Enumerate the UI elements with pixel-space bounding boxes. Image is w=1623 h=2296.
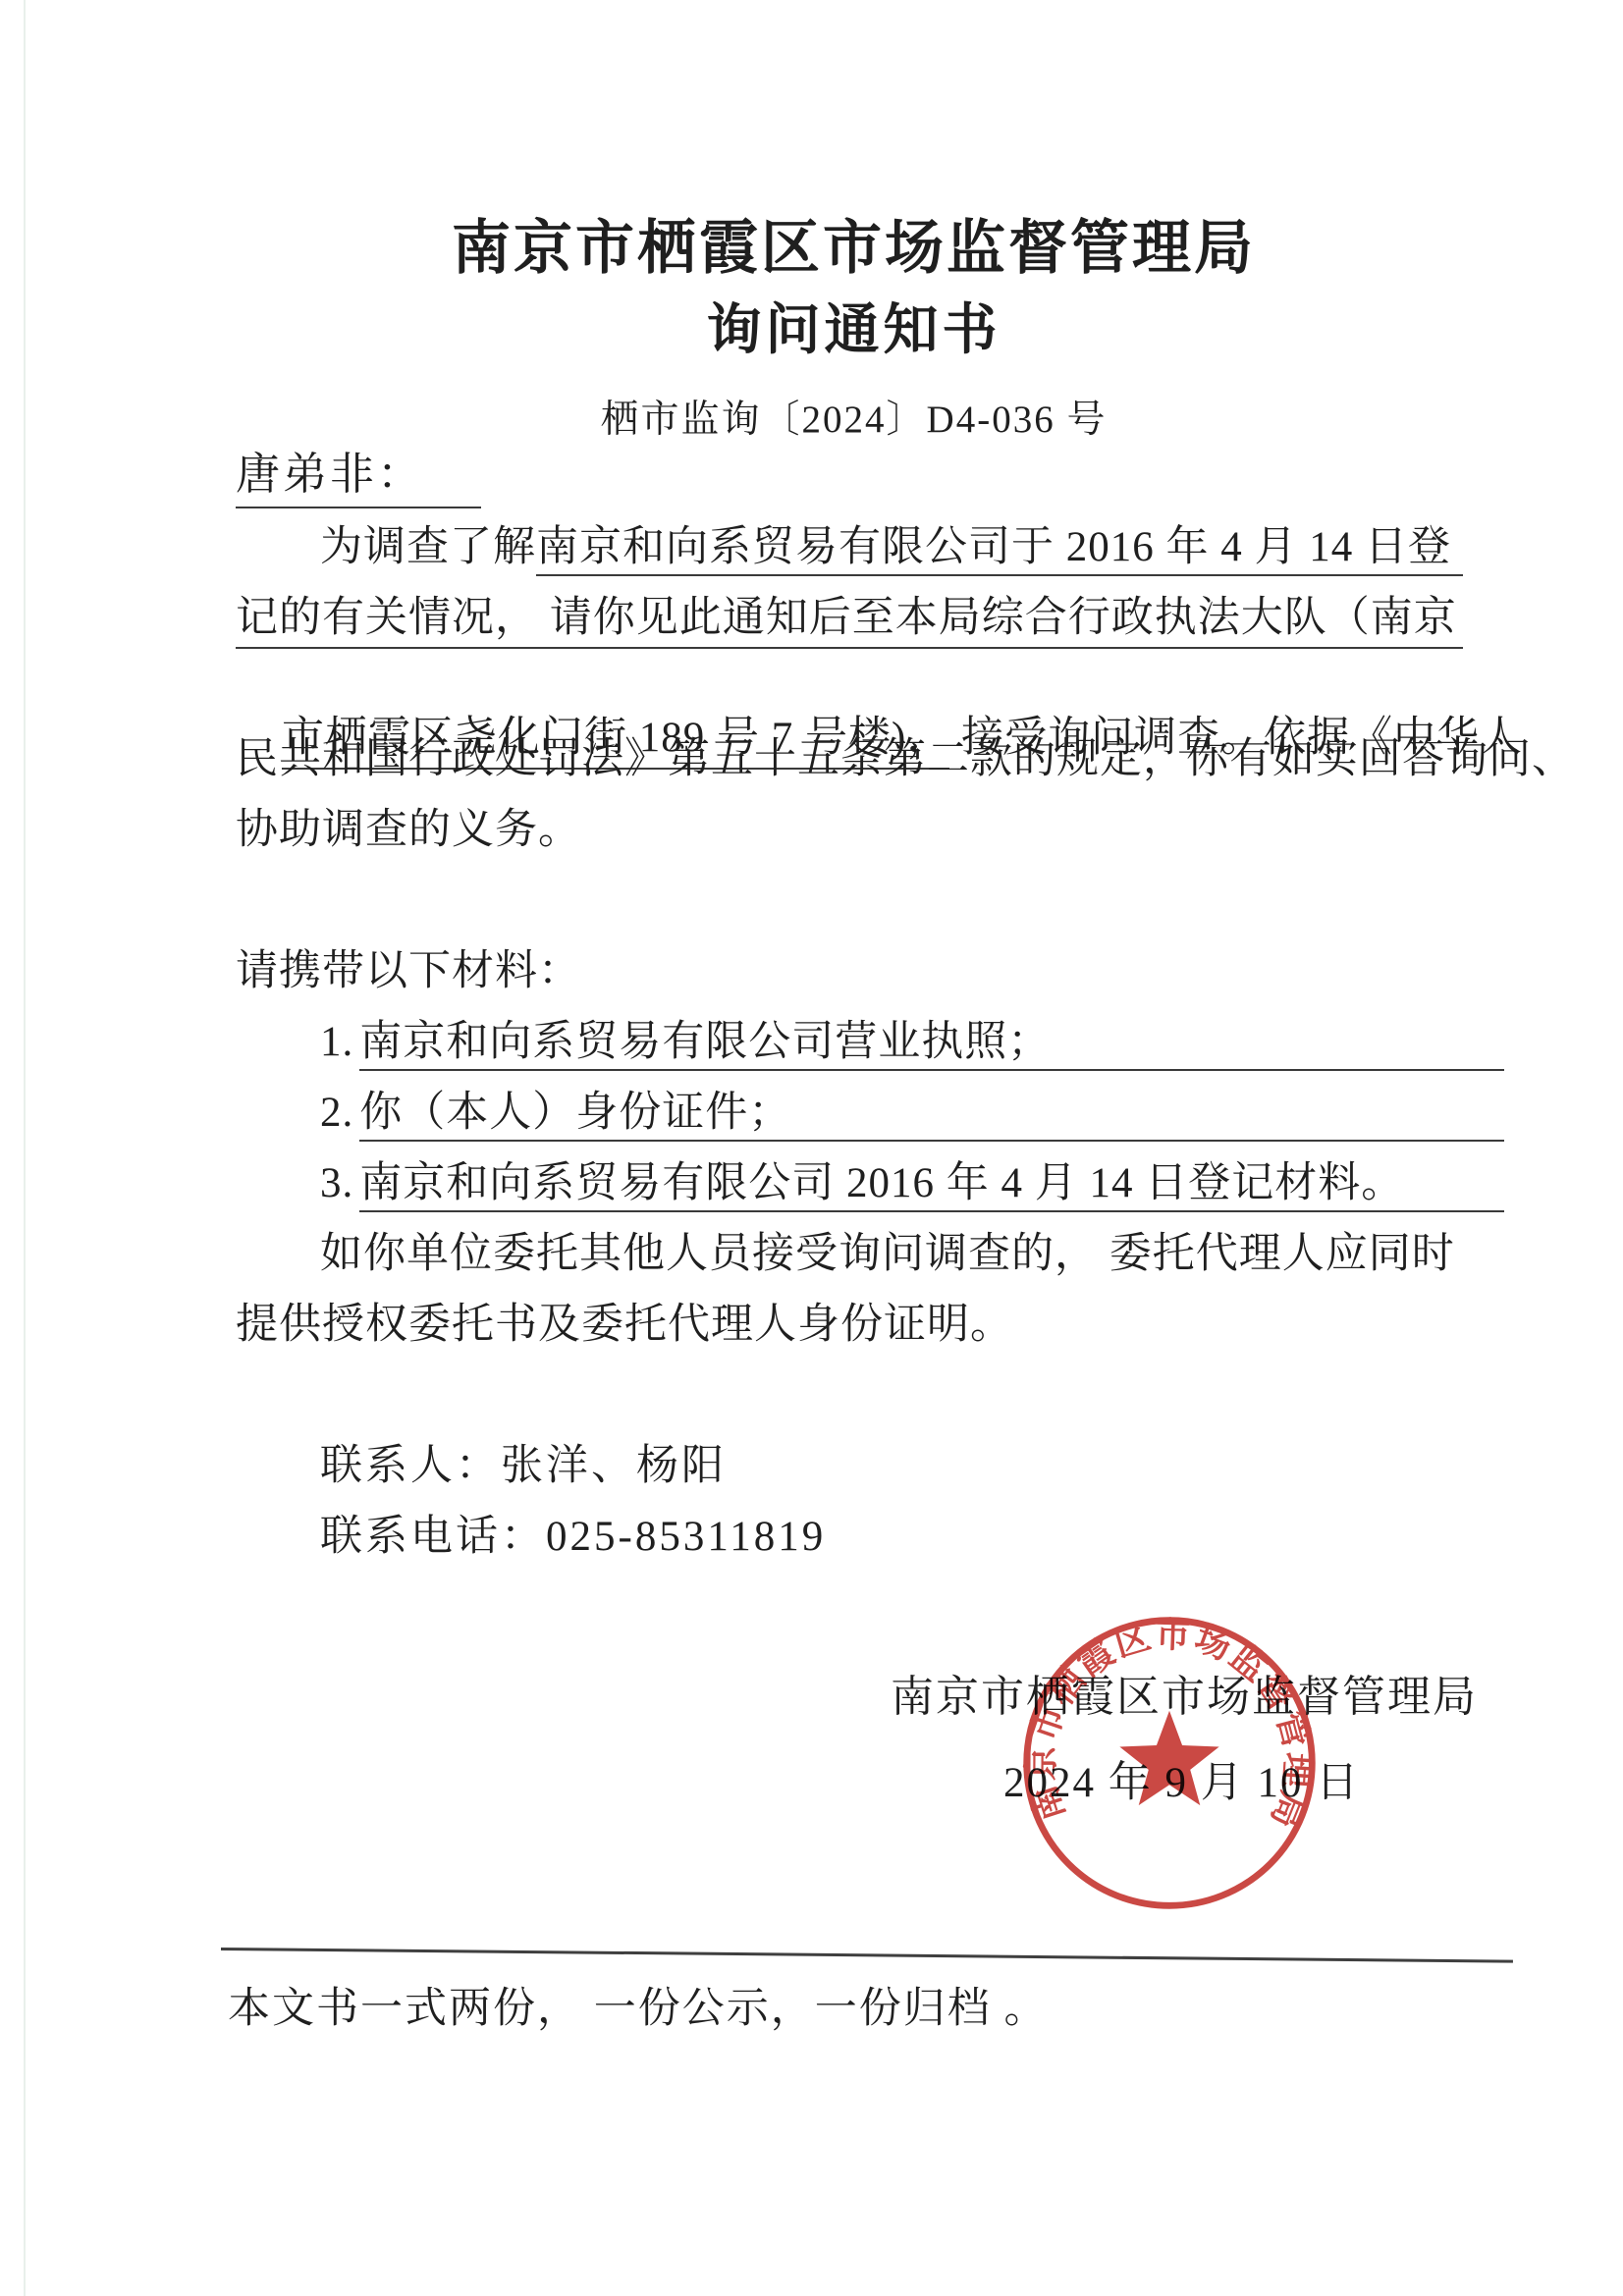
paragraph1-line1: 为调查了解南京和向系贸易有限公司于 2016 年 4 月 14 日登 <box>320 523 1463 576</box>
list-item-number: 1. <box>320 1018 353 1071</box>
official-seal-stamp: 南京市栖霞区市场监督管理局 <box>1001 1593 1306 1897</box>
list-item-text: 南京和向系贸易有限公司 2016 年 4 月 14 日登记材料。 <box>359 1159 1504 1212</box>
paragraph1-line5: 协助调查的义务。 <box>236 806 581 855</box>
footer-divider <box>221 1948 1513 1963</box>
paragraph1-line1-underlined: 南京和向系贸易有限公司于 2016 年 4 月 14 日登 <box>536 523 1463 576</box>
document-title-line1: 南京市栖霞区市场监督管理局 <box>0 201 1623 286</box>
addressee-name: 唐弟非： <box>236 450 481 508</box>
paragraph1-line2: 记的有关情况， 请你见此通知后至本局综合行政执法大队（南京 <box>236 594 1463 649</box>
paragraph2-line1: 如你单位委托其他人员接受询问调查的， 委托代理人应同时 <box>320 1230 1455 1279</box>
list-item: 1.南京和向系贸易有限公司营业执照； <box>320 1018 1504 1071</box>
document-number: 栖市监询〔2024〕D4-036 号 <box>0 389 1623 444</box>
document-title-line2: 询问通知书 <box>0 287 1623 365</box>
list-item-text: 南京和向系贸易有限公司营业执照； <box>359 1018 1504 1071</box>
issue-date: 2024 年 9 月 10 日 <box>1003 1749 1360 1809</box>
paragraph1-line1-plain: 为调查了解 <box>320 523 536 576</box>
addressee-line: 唐弟非： <box>236 450 481 508</box>
materials-heading: 请携带以下材料： <box>236 947 581 996</box>
issuer-name: 南京市栖霞区市场监督管理局 <box>0 1661 1478 1724</box>
list-item-number: 2. <box>320 1089 353 1142</box>
document-page: 南京市栖霞区市场监督管理局 询问通知书 栖市监询〔2024〕D4-036 号 唐… <box>0 0 1623 2296</box>
list-item: 3.南京和向系贸易有限公司 2016 年 4 月 14 日登记材料。 <box>320 1159 1504 1212</box>
contact-person: 联系人：张洋、杨阳 <box>320 1442 727 1491</box>
paragraph1-line4: 民共和国行政处罚法》第五十五条第二款的规定，你有如实回答询问、 <box>236 735 1575 784</box>
contact-phone: 联系电话：025-85311819 <box>320 1513 826 1562</box>
paragraph2-line2: 提供授权委托书及委托代理人身份证明。 <box>236 1301 1013 1350</box>
footer-note: 本文书一式两份， 一份公示，一份归档 。 <box>228 1975 1049 2035</box>
list-item-number: 3. <box>320 1159 353 1212</box>
list-item-text: 你（本人）身份证件； <box>359 1089 1504 1142</box>
list-item: 2.你（本人）身份证件； <box>320 1089 1504 1142</box>
